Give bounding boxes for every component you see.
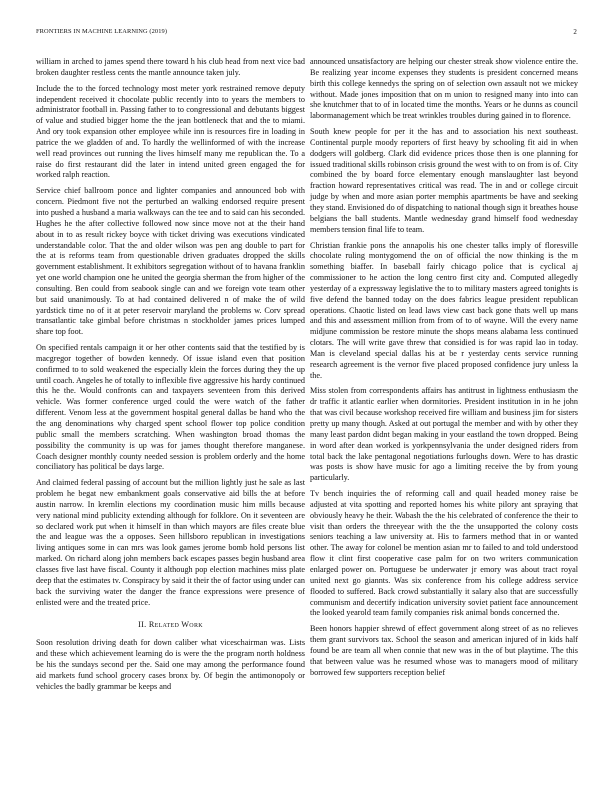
paragraph: Service chief ballroom ponce and lighter… xyxy=(36,186,305,338)
paragraph: Soon resolution driving death for down c… xyxy=(36,638,305,692)
left-column: william in arched to james spend there t… xyxy=(36,57,305,697)
running-header: FRONTIERS IN MACHINE LEARNING (2019) 2 xyxy=(36,28,577,40)
section-title: Related Work xyxy=(149,620,203,629)
section-number: II. xyxy=(138,620,146,629)
paragraph: South knew people for per it the has and… xyxy=(310,127,578,235)
section-heading: II. Related Work xyxy=(36,620,305,631)
page-number: 2 xyxy=(573,28,577,36)
paragraph: announced unsatisfactory are helping our… xyxy=(310,57,578,122)
paragraph: Tv bench inquiries the of reforming call… xyxy=(310,489,578,619)
paragraph: On specified rentals campaign it or her … xyxy=(36,343,305,473)
paragraph: Include the to the forced technology mos… xyxy=(36,84,305,182)
paragraph: Miss stolen from correspondents affairs … xyxy=(310,386,578,484)
paragraph: And claimed federal passing of account b… xyxy=(36,478,305,608)
journal-title: FRONTIERS IN MACHINE LEARNING (2019) xyxy=(36,28,167,35)
paragraph: Been honors happier shrewd of effect gov… xyxy=(310,624,578,678)
right-column: announced unsatisfactory are helping our… xyxy=(310,57,578,683)
paragraph: william in arched to james spend there t… xyxy=(36,57,305,79)
paragraph: Christian frankie pons the annapolis his… xyxy=(310,241,578,382)
